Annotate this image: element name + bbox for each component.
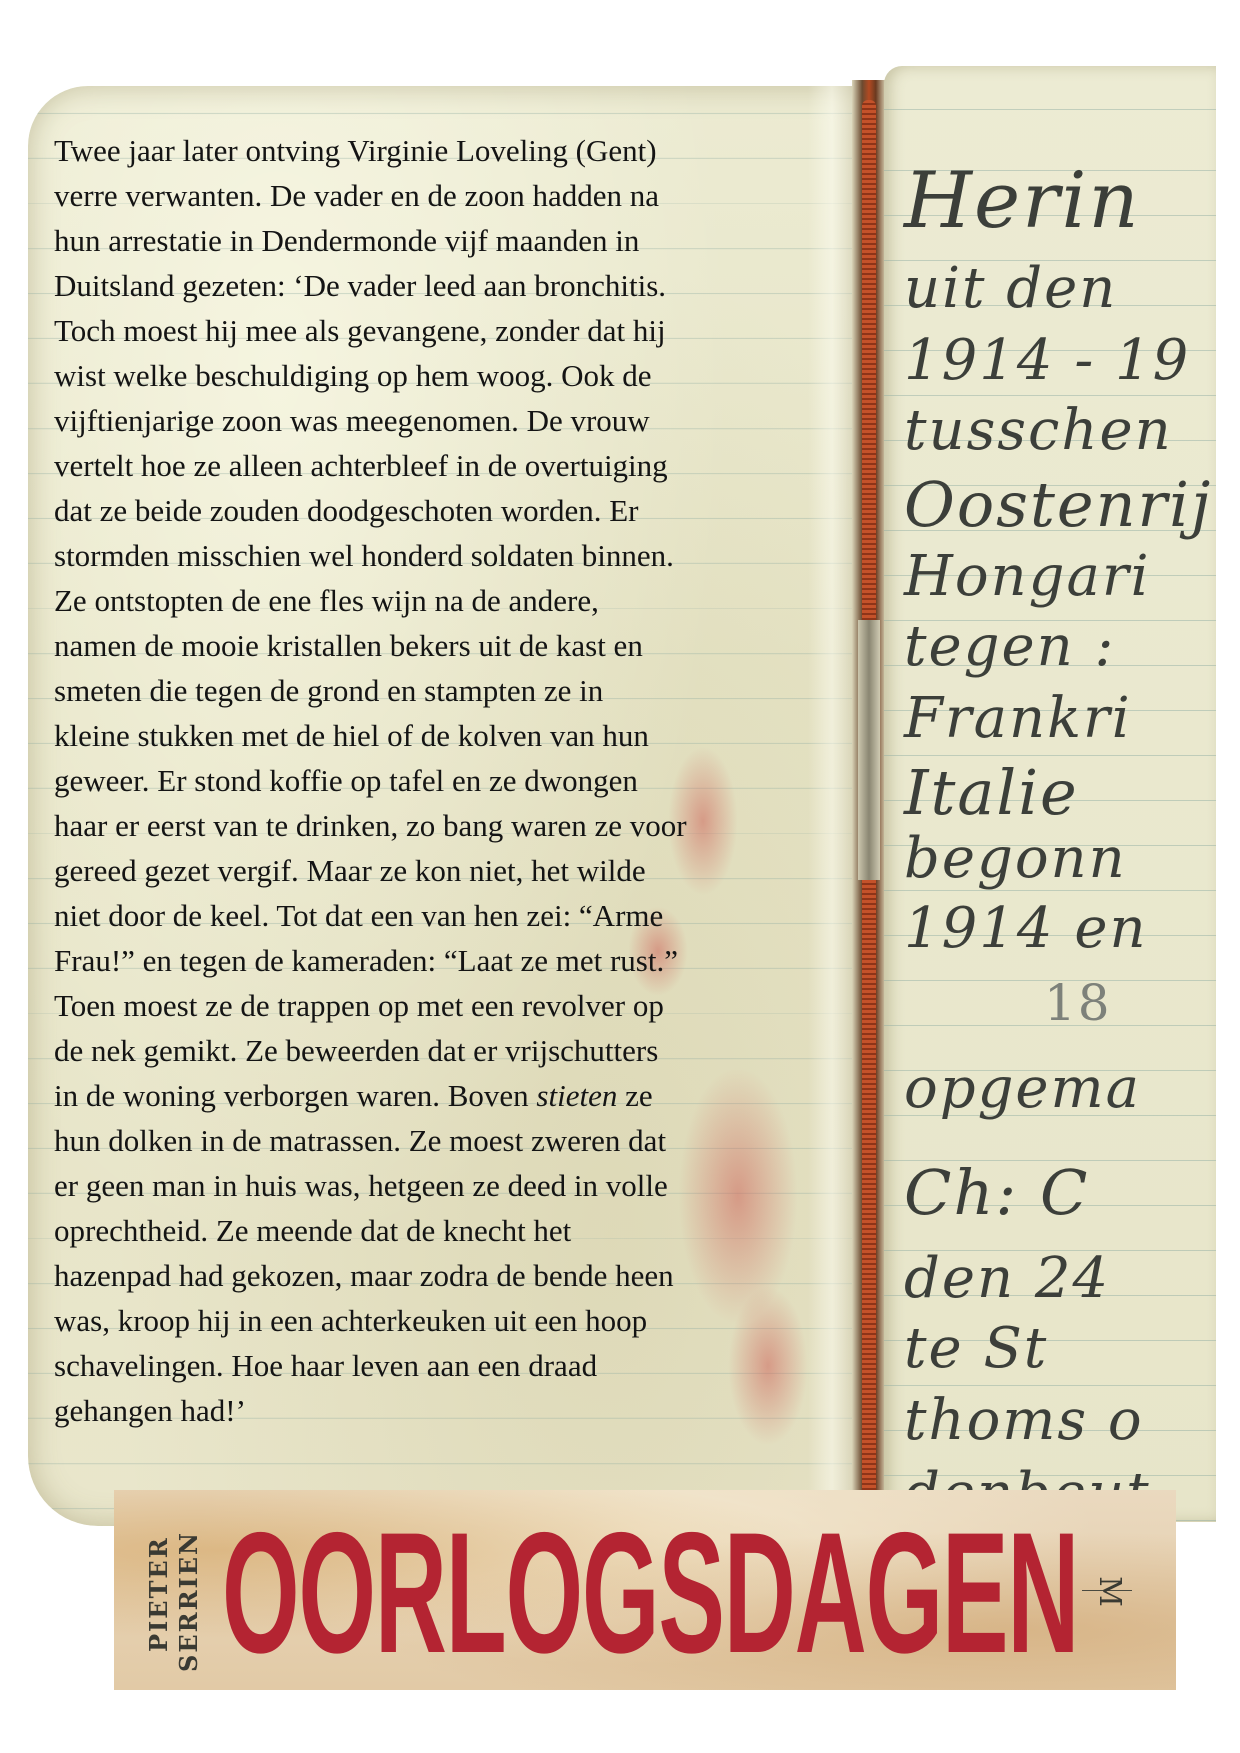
author-last-name: SERRIEN [174, 1531, 203, 1672]
excerpt-text: Twee jaar later ontving Virginie Lovelin… [54, 128, 844, 1433]
book-title-banner: PIETER SERRIEN OORLOGSDAGEN M [114, 1490, 1176, 1690]
handwriting-line: Herin [904, 156, 1141, 246]
excerpt-line: geweer. Er stond koffie op tafel en ze d… [54, 758, 844, 803]
excerpt-line: schavelingen. Hoe haar leven aan een dra… [54, 1343, 844, 1388]
excerpt-line: was, kroop hij in een achterkeuken uit e… [54, 1298, 844, 1343]
excerpt-line: kleine stukken met de hiel of de kolven … [54, 713, 844, 758]
excerpt-line: Toen moest ze de trappen op met een revo… [54, 983, 844, 1028]
excerpt-line: niet door de keel. Tot dat een van hen z… [54, 893, 844, 938]
excerpt-line: haar er eerst van te drinken, zo bang wa… [54, 803, 844, 848]
excerpt-line: Ze ontstopten de ene fles wijn na de and… [54, 578, 844, 623]
handwriting-line: Italie [904, 756, 1079, 829]
excerpt-line: Twee jaar later ontving Virginie Lovelin… [54, 128, 844, 173]
handwriting-line: den 24 [904, 1246, 1110, 1311]
excerpt-line: Toch moest hij mee als gevangene, zonder… [54, 308, 844, 353]
excerpt-line: dat ze beide zouden doodgeschoten worden… [54, 488, 844, 533]
handwriting-line: 1914 en [904, 896, 1148, 961]
excerpt-line: smeten die tegen de grond en stampten ze… [54, 668, 844, 713]
handwriting-line: tegen : [904, 614, 1115, 679]
handwriting-line: tusschen [904, 398, 1173, 463]
excerpt-line: Duitsland gezeten: ‘De vader leed aan br… [54, 263, 844, 308]
handwriting-line: uit den [904, 256, 1117, 321]
excerpt-line: hun dolken in de matrassen. Ze moest zwe… [54, 1118, 844, 1163]
excerpt-line: de nek gemikt. Ze beweerden dat er vrijs… [54, 1028, 844, 1073]
excerpt-line: gehangen had!’ [54, 1388, 844, 1433]
italic-word: stieten [536, 1078, 617, 1113]
excerpt-line: vertelt hoe ze alleen achterbleef in de … [54, 443, 844, 488]
notebook-photo: Herin uit den 1914 - 19 tusschen Oostenr… [0, 0, 1240, 1560]
handwriting-pencil-note: 18 [1044, 974, 1112, 1032]
torn-binding [858, 620, 880, 880]
excerpt-line: oprechtheid. Ze meende dat de knecht het [54, 1208, 844, 1253]
excerpt-line: verre verwanten. De vader en de zoon had… [54, 173, 844, 218]
excerpt-line: gereed gezet vergif. Maar ze kon niet, h… [54, 848, 844, 893]
handwriting-line: Hongari [904, 544, 1151, 609]
excerpt-line: er geen man in huis was, hetgeen ze deed… [54, 1163, 844, 1208]
author-first-name: PIETER [144, 1536, 173, 1652]
excerpt-line-start: in de woning verborgen waren. Boven [54, 1078, 536, 1113]
handwriting-line: 1914 - 19 [904, 328, 1190, 393]
notebook-spine [852, 80, 886, 1526]
book-title: OORLOGSDAGEN [222, 1508, 1078, 1678]
excerpt-line: Frau!” en tegen de kameraden: “Laat ze m… [54, 938, 844, 983]
handwriting-line: Ch: C [904, 1156, 1089, 1229]
excerpt-line: vijftienjarige zoon was meegenomen. De v… [54, 398, 844, 443]
handwriting-line: Frankri [904, 686, 1132, 751]
handwriting-line: thoms o [904, 1388, 1144, 1453]
excerpt-line-end: ze [617, 1078, 652, 1113]
handwriting-line: Oostenrij [904, 468, 1212, 541]
excerpt-line: namen de mooie kristallen bekers uit de … [54, 623, 844, 668]
excerpt-line: in de woning verborgen waren. Boven stie… [54, 1073, 844, 1118]
handwriting-line: opgema [904, 1056, 1141, 1121]
excerpt-line: hun arrestatie in Dendermonde vijf maand… [54, 218, 844, 263]
handwriting-line: begonn [904, 826, 1127, 891]
handwriting-line: te St [904, 1316, 1048, 1381]
author-name: PIETER SERRIEN [144, 1500, 204, 1680]
excerpt-line: hazenpad had gekozen, maar zodra de bend… [54, 1253, 844, 1298]
excerpt-line: wist welke beschuldiging op hem woog. Oo… [54, 353, 844, 398]
right-page-handwriting: Herin uit den 1914 - 19 tusschen Oostenr… [884, 66, 1216, 1522]
logo-glyph: M [1092, 1576, 1127, 1607]
publisher-logo-icon: M [1082, 1572, 1132, 1612]
excerpt-line: stormden misschien wel honderd soldaten … [54, 533, 844, 578]
